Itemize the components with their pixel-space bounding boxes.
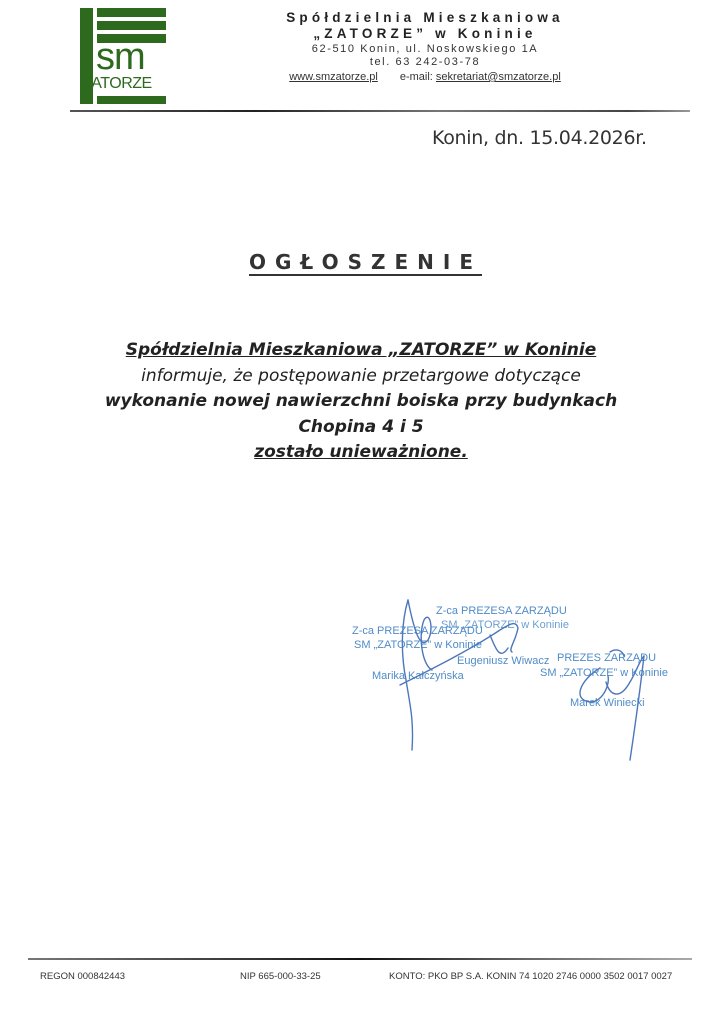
stamp-deputy2-name: Eugeniusz Wiwacz bbox=[457, 655, 549, 668]
stamp-deputy2-title: Z-ca PREZESA ZARZĄDU bbox=[436, 605, 567, 618]
org-address: 62-510 Konin, ul. Noskowskiego 1A bbox=[240, 42, 610, 56]
logo-monogram: sm bbox=[96, 38, 145, 76]
website-link[interactable]: www.smzatorze.pl bbox=[289, 71, 378, 83]
footer-regon: REGON 000842443 bbox=[40, 971, 125, 982]
email-label: e-mail: bbox=[400, 71, 433, 83]
footer-nip: NIP 665-000-33-25 bbox=[240, 971, 321, 982]
org-contact: www.smzatorze.ple-mail: sekretariat@smza… bbox=[240, 70, 610, 84]
email-link[interactable]: sekretariat@smzatorze.pl bbox=[436, 71, 561, 83]
org-phone: tel. 63 242-03-78 bbox=[240, 56, 610, 69]
stamp-deputy1-name: Marika Kałczyńska bbox=[372, 670, 464, 683]
stamp-president-title: PREZES ZARZĄDU bbox=[557, 652, 656, 665]
stamp-president-org: SM „ZATORZE” w Koninie bbox=[540, 667, 668, 680]
stamp-president-name: Marek Winiecki bbox=[570, 697, 645, 710]
company-logo: sm ZATORZE bbox=[80, 8, 166, 104]
org-name-line2: „ZATORZE” w Koninie bbox=[240, 26, 610, 42]
body-line-org: Spółdzielnia Mieszkaniowa „ZATORZE” w Ko… bbox=[0, 338, 722, 364]
title-text: OGŁOSZENIE bbox=[240, 250, 482, 274]
stamp-deputy2-org: SM „ZATORZE” w Koninie bbox=[441, 619, 569, 632]
header-divider bbox=[70, 110, 690, 112]
logo-bottom-stripe bbox=[97, 96, 166, 104]
date-line: Konin, dn. 15.04.2026r. bbox=[432, 127, 647, 149]
logo-stripe bbox=[97, 21, 166, 30]
org-name-line1: Spółdzielnia Mieszkaniowa bbox=[240, 10, 610, 26]
announcement-body: Spółdzielnia Mieszkaniowa „ZATORZE” w Ko… bbox=[0, 338, 722, 466]
letterhead: Spółdzielnia Mieszkaniowa „ZATORZE” w Ko… bbox=[240, 10, 610, 84]
body-line-informs: informuje, że postępowanie przetargowe d… bbox=[0, 364, 722, 390]
logo-stripe bbox=[97, 8, 166, 17]
stamp-deputy1-org: SM „ZATORZE” w Koninie bbox=[354, 639, 482, 652]
document-title: OGŁOSZENIE bbox=[0, 250, 722, 274]
footer-divider bbox=[28, 958, 692, 960]
logo-name: ZATORZE bbox=[82, 76, 152, 92]
body-line-cancelled: zostało unieważnione. bbox=[0, 440, 722, 466]
body-line-location: Chopina 4 i 5 bbox=[0, 415, 722, 441]
footer-bank-account: KONTO: PKO BP S.A. KONIN 74 1020 2746 00… bbox=[389, 971, 672, 982]
body-line-subject: wykonanie nowej nawierzchni boiska przy … bbox=[0, 389, 722, 415]
